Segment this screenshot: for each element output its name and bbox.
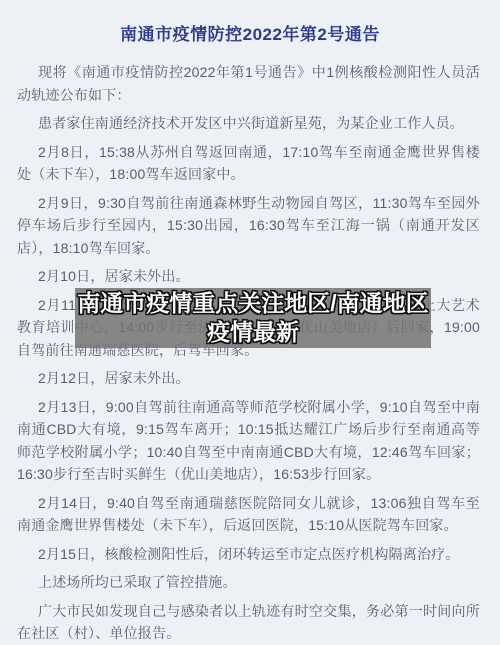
- notice-paragraph-feb14: 2月14日，9:40自驾至南通瑞慈医院陪同女儿就诊，13:06独自驾车至南通金鹰…: [17, 492, 480, 537]
- notice-paragraph-feb12: 2月12日，居家未外出。: [17, 367, 480, 390]
- notice-paragraph-feb13: 2月13日，9:00自驾前往南通高等师范学校附属小学，9:10自驾至中南南通CB…: [17, 396, 480, 486]
- headline-overlay-line2: 疫情最新: [207, 318, 299, 347]
- notice-paragraph-control: 上述场所均已采取了管控措施。: [17, 571, 480, 594]
- headline-overlay: 南通市疫情重点关注地区/南通地区 疫情最新: [75, 288, 431, 348]
- notice-paragraph-feb9: 2月9日，9:30自驾前往南通森林野生动物园自驾区，11:30驾车至园外停车场后…: [17, 192, 480, 260]
- notice-paragraph-feb10: 2月10日，居家未外出。: [17, 265, 480, 288]
- notice-paragraph-intro: 现将《南通市疫情防控2022年第1号通告》中1例核酸检测阳性人员活动轨迹公布如下…: [17, 61, 480, 106]
- notice-title: 南通市疫情防控2022年第2号通告: [0, 0, 500, 45]
- notice-paragraph-patient: 患者家住南通经济技术开发区中兴街道新星苑，为某企业工作人员。: [17, 112, 480, 135]
- notice-page: 南通市疫情防控2022年第2号通告 现将《南通市疫情防控2022年第1号通告》中…: [0, 0, 500, 645]
- notice-paragraph-feb8: 2月8日，15:38从苏州自驾返回南通，17:10驾车至南通金鹰世界售楼处（未下…: [17, 141, 480, 186]
- notice-paragraph-appeal: 广大市民如发现自己与感染者以上轨迹有时空交集，务必第一时间向所在社区（村）、单位…: [17, 600, 480, 645]
- notice-paragraph-feb15: 2月15日，核酸检测阳性后，闭环转运至市定点医疗机构隔离治疗。: [17, 543, 480, 566]
- headline-overlay-line1: 南通市疫情重点关注地区/南通地区: [77, 289, 428, 318]
